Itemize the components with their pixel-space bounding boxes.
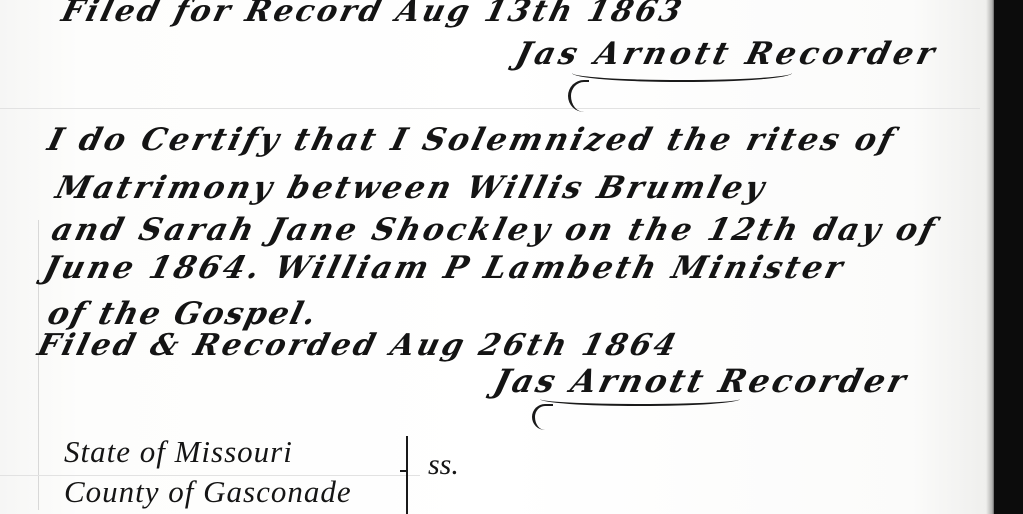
county-line: County of Gasconade (64, 472, 352, 512)
ruled-line (0, 108, 980, 109)
state-line: State of Missouri (64, 432, 352, 472)
certificate-line-3: and Sarah Jane Shockley on the 12th day … (48, 212, 941, 248)
certificate-line-2: Matrimony between Willis Brumley (52, 170, 771, 206)
filing-line: Filed for Record Aug 13th 1863 (58, 0, 688, 29)
margin-rule (38, 220, 39, 510)
certificate-line-1: I do Certify that I Solemnized the rites… (44, 122, 900, 158)
venue-brace (406, 436, 418, 514)
recorded-line: Filed & Recorded Aug 26th 1864 (34, 328, 682, 363)
signature-flourish (572, 64, 792, 82)
ss-abbreviation: ss. (428, 448, 459, 482)
venue-header: State of Missouri County of Gasconade (64, 432, 352, 512)
signature-flourish (540, 392, 740, 406)
signature-flourish-hook (532, 404, 553, 430)
page-binding (994, 0, 1023, 514)
certificate-line-4: June 1864. William P Lambeth Minister (40, 250, 849, 286)
certificate-line-5: of the Gospel. (44, 296, 322, 332)
